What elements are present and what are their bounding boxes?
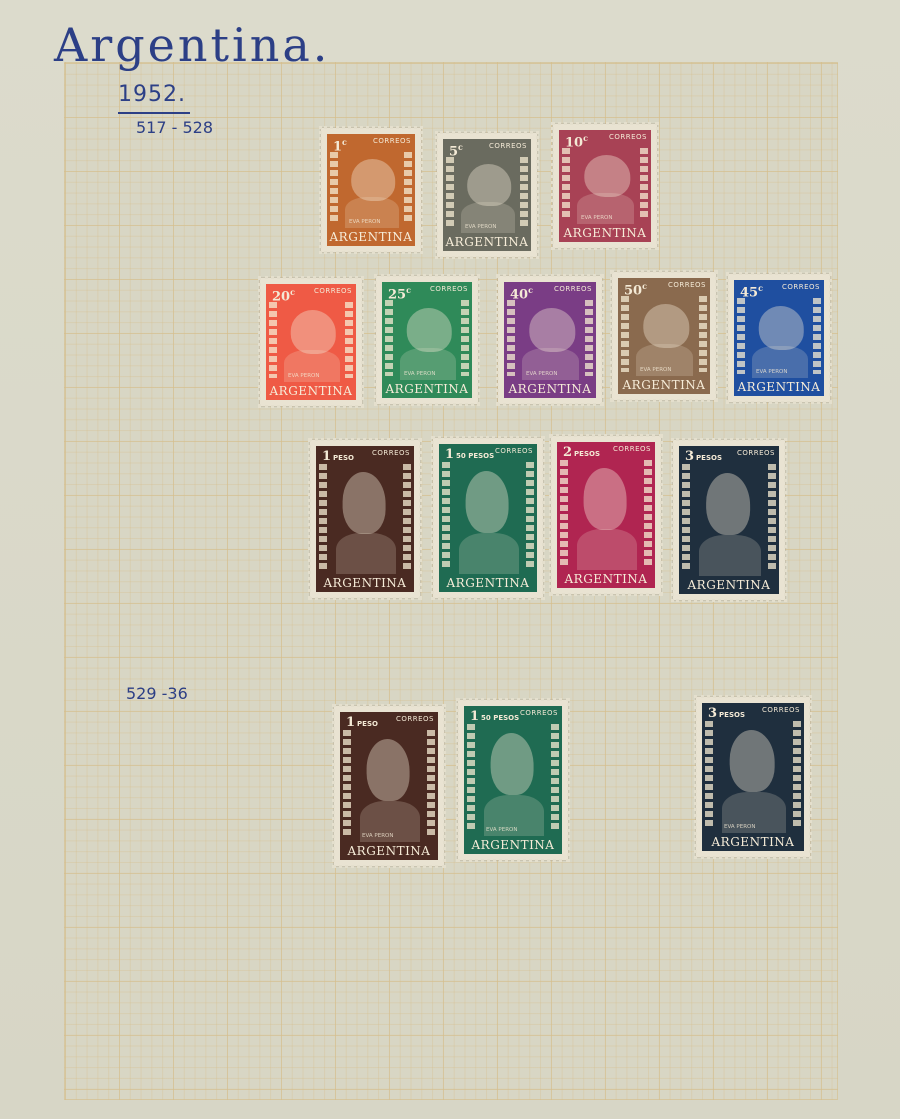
stamp-caption: EVA PERON — [756, 369, 787, 375]
laurel-left-icon — [269, 302, 277, 378]
stamp-country: ARGENTINA — [734, 380, 824, 394]
stamp-country: ARGENTINA — [439, 576, 537, 590]
laurel-right-icon — [526, 462, 534, 570]
laurel-right-icon — [427, 730, 435, 838]
portrait-icon — [351, 159, 395, 202]
stamp-design: 45cCORREOSEVA PERONARGENTINA — [734, 280, 824, 396]
laurel-right-icon — [551, 724, 559, 832]
stamp-caption: EVA PERON — [724, 824, 755, 830]
stamp: 25cCORREOSEVA PERONARGENTINA — [376, 276, 478, 404]
stamp: 5cCORREOSEVA PERONARGENTINA — [437, 133, 537, 257]
portrait-icon — [343, 472, 386, 533]
stamp-value: 3PESOS — [708, 706, 745, 721]
laurel-right-icon — [404, 152, 412, 224]
stamp-caption: EVA PERON — [288, 373, 319, 379]
stamp-value: 2PESOS — [563, 445, 600, 460]
stamp: 3PESOSCORREOSARGENTINA — [673, 440, 785, 600]
stamp-design: 10cCORREOSEVA PERONARGENTINA — [559, 130, 651, 242]
stamp-caption: EVA PERON — [640, 367, 671, 373]
stamp: 150 PESOSCORREOSARGENTINA — [433, 438, 543, 598]
stamp-design: 5cCORREOSEVA PERONARGENTINA — [443, 139, 531, 251]
issue-year: 1952. — [118, 82, 186, 107]
laurel-right-icon — [793, 721, 801, 829]
laurel-left-icon — [467, 724, 475, 832]
stamp-design: 1cCORREOSEVA PERONARGENTINA — [327, 134, 415, 246]
stamp-design: 1PESOCORREOSEVA PERONARGENTINA — [340, 712, 438, 860]
stamp-design: 3PESOSCORREOSARGENTINA — [679, 446, 779, 594]
stamp: 50cCORREOSEVA PERONARGENTINA — [612, 272, 716, 400]
stamp-correos: CORREOS — [762, 706, 800, 714]
laurel-right-icon — [585, 300, 593, 376]
stamp-country: ARGENTINA — [316, 576, 414, 590]
portrait-icon — [584, 468, 627, 529]
stamp: 20cCORREOSEVA PERONARGENTINA — [260, 278, 362, 406]
portrait-icon — [706, 473, 750, 535]
portrait-icon — [467, 164, 511, 207]
stamp-country: ARGENTINA — [464, 838, 562, 852]
stamp-caption: EVA PERON — [581, 215, 612, 221]
stamp-value: 1PESO — [322, 449, 354, 464]
stamp: 150 PESOSCORREOSEVA PERONARGENTINA — [458, 700, 568, 860]
laurel-left-icon — [682, 464, 690, 572]
stamp-caption: EVA PERON — [349, 219, 380, 225]
stamp: 1PESOCORREOSEVA PERONARGENTINA — [334, 706, 444, 866]
laurel-left-icon — [621, 296, 629, 372]
stamp-correos: CORREOS — [613, 445, 651, 453]
stamp-correos: CORREOS — [520, 709, 558, 717]
portrait-icon — [367, 739, 410, 801]
album-page: Argentina. 1952. 517 - 528 529 -36 1cCOR… — [0, 0, 900, 1119]
underline — [118, 112, 190, 114]
stamp-correos: CORREOS — [609, 133, 647, 141]
stamp: 1PESOCORREOSARGENTINA — [310, 440, 420, 598]
stamp-correos: CORREOS — [554, 285, 592, 293]
laurel-left-icon — [446, 157, 454, 229]
stamp: 45cCORREOSEVA PERONARGENTINA — [728, 274, 830, 402]
stamp-design: 50cCORREOSEVA PERONARGENTINA — [618, 278, 710, 394]
stamp-correos: CORREOS — [372, 449, 410, 457]
portrait-bust — [336, 533, 397, 574]
laurel-left-icon — [560, 460, 568, 566]
stamp-correos: CORREOS — [314, 287, 352, 295]
stamp-caption: EVA PERON — [465, 224, 496, 230]
stamp-correos: CORREOS — [396, 715, 434, 723]
catalog-range-2: 529 -36 — [126, 684, 188, 703]
stamp-value: 3PESOS — [685, 449, 722, 464]
stamp: 10cCORREOSEVA PERONARGENTINA — [553, 124, 657, 248]
laurel-right-icon — [768, 464, 776, 572]
stamp-caption: EVA PERON — [526, 371, 557, 377]
stamp-design: 150 PESOSCORREOSARGENTINA — [439, 444, 537, 592]
laurel-left-icon — [330, 152, 338, 224]
portrait-icon — [491, 733, 534, 795]
stamp-country: ARGENTINA — [340, 844, 438, 858]
laurel-right-icon — [461, 300, 469, 376]
portrait-icon — [584, 155, 630, 198]
stamp-caption: EVA PERON — [362, 833, 393, 839]
stamp: 3PESOSCORREOSEVA PERONARGENTINA — [696, 697, 810, 857]
stamp-value: 150 PESOS — [470, 709, 519, 724]
stamp: 2PESOSCORREOSARGENTINA — [551, 436, 661, 594]
laurel-left-icon — [562, 148, 570, 220]
stamp-design: 1PESOCORREOSARGENTINA — [316, 446, 414, 592]
laurel-left-icon — [705, 721, 713, 829]
stamp-correos: CORREOS — [737, 449, 775, 457]
laurel-left-icon — [442, 462, 450, 570]
portrait-bust — [699, 535, 761, 576]
stamp-correos: CORREOS — [430, 285, 468, 293]
stamp-value: 1PESO — [346, 715, 378, 730]
portrait-icon — [529, 308, 575, 352]
portrait-bust — [459, 533, 520, 574]
stamp-caption: EVA PERON — [404, 371, 435, 377]
laurel-left-icon — [343, 730, 351, 838]
stamp-country: ARGENTINA — [559, 226, 651, 240]
portrait-icon — [466, 471, 509, 533]
stamp-correos: CORREOS — [782, 283, 820, 291]
stamp-country: ARGENTINA — [702, 835, 804, 849]
laurel-right-icon — [644, 460, 652, 566]
portrait-bust — [577, 529, 638, 570]
stamp-country: ARGENTINA — [327, 230, 415, 244]
laurel-right-icon — [403, 464, 411, 570]
stamp-country: ARGENTINA — [443, 235, 531, 249]
page-title: Argentina. — [54, 18, 330, 72]
stamp: 40cCORREOSEVA PERONARGENTINA — [498, 276, 602, 404]
stamp-country: ARGENTINA — [504, 382, 596, 396]
stamp-design: 150 PESOSCORREOSEVA PERONARGENTINA — [464, 706, 562, 854]
stamp-design: 2PESOSCORREOSARGENTINA — [557, 442, 655, 588]
stamp-value: 150 PESOS — [445, 447, 494, 462]
laurel-right-icon — [813, 298, 821, 374]
stamp-caption: EVA PERON — [486, 827, 517, 833]
portrait-icon — [730, 730, 775, 792]
stamp-design: 3PESOSCORREOSEVA PERONARGENTINA — [702, 703, 804, 851]
stamp-design: 40cCORREOSEVA PERONARGENTINA — [504, 282, 596, 398]
stamp-country: ARGENTINA — [382, 382, 472, 396]
stamp-correos: CORREOS — [489, 142, 527, 150]
stamp-country: ARGENTINA — [557, 572, 655, 586]
laurel-right-icon — [699, 296, 707, 372]
stamp: 1cCORREOSEVA PERONARGENTINA — [321, 128, 421, 252]
portrait-icon — [643, 304, 689, 348]
stamp-correos: CORREOS — [668, 281, 706, 289]
stamp-design: 20cCORREOSEVA PERONARGENTINA — [266, 284, 356, 400]
stamp-correos: CORREOS — [495, 447, 533, 455]
stamp-country: ARGENTINA — [618, 378, 710, 392]
laurel-left-icon — [737, 298, 745, 374]
stamp-design: 25cCORREOSEVA PERONARGENTINA — [382, 282, 472, 398]
portrait-icon — [759, 306, 804, 350]
stamp-country: ARGENTINA — [266, 384, 356, 398]
laurel-left-icon — [319, 464, 327, 570]
laurel-right-icon — [520, 157, 528, 229]
portrait-icon — [407, 308, 452, 352]
stamp-correos: CORREOS — [373, 137, 411, 145]
laurel-right-icon — [345, 302, 353, 378]
laurel-left-icon — [385, 300, 393, 376]
catalog-range-1: 517 - 528 — [136, 118, 213, 137]
stamp-country: ARGENTINA — [679, 578, 779, 592]
laurel-right-icon — [640, 148, 648, 220]
portrait-icon — [291, 310, 336, 354]
laurel-left-icon — [507, 300, 515, 376]
